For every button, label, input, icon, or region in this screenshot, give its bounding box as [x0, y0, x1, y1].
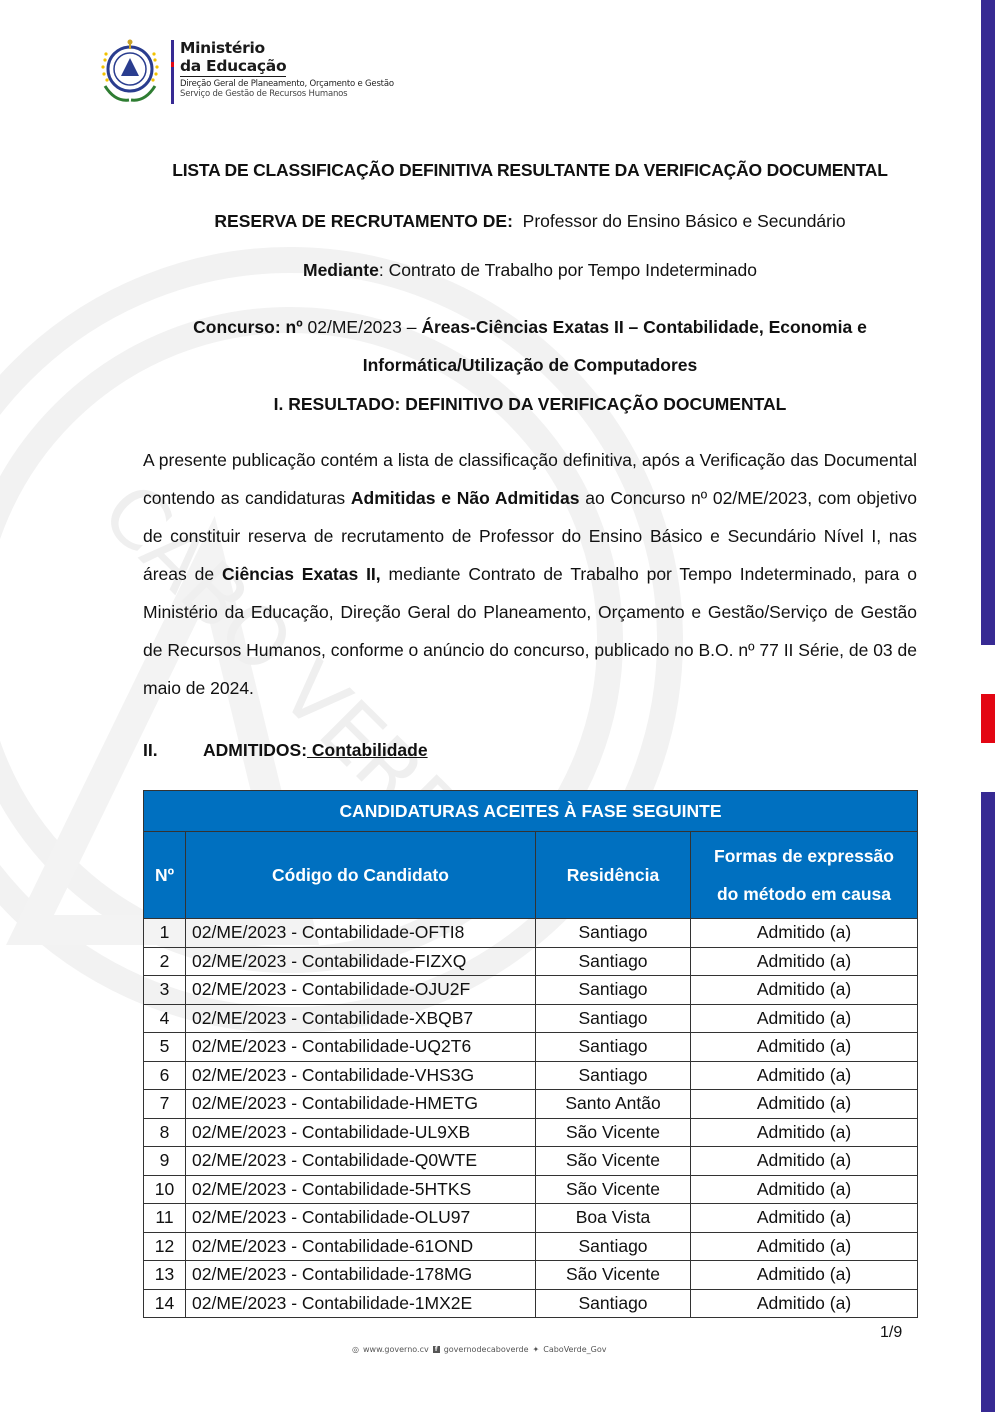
- status: Admitido (a): [691, 1261, 918, 1290]
- status: Admitido (a): [691, 1289, 918, 1318]
- section-2-number: II.: [143, 740, 203, 761]
- residence: Santo Antão: [536, 1090, 691, 1119]
- status: Admitido (a): [691, 1175, 918, 1204]
- edge-bar-blue-bottom: [981, 792, 995, 1412]
- concurso-label: Concurso: nº: [193, 317, 302, 337]
- table-row: 902/ME/2023 - Contabilidade-Q0WTESão Vic…: [144, 1147, 918, 1176]
- admitted-candidates-table: CANDIDATURAS ACEITES À FASE SEGUINTE Nº …: [143, 790, 918, 1318]
- candidate-code: 02/ME/2023 - Contabilidade-UL9XB: [186, 1118, 536, 1147]
- row-number: 5: [144, 1033, 186, 1062]
- section-1-heading: I. RESULTADO: DEFINITIVO DA VERIFICAÇÃO …: [143, 394, 917, 415]
- candidate-code: 02/ME/2023 - Contabilidade-Q0WTE: [186, 1147, 536, 1176]
- residence: Santiago: [536, 976, 691, 1005]
- section-2-label: ADMITIDOS:: [203, 740, 307, 760]
- service-name: Serviço de Gestão de Recursos Humanos: [180, 89, 394, 99]
- candidate-code: 02/ME/2023 - Contabilidade-OLU97: [186, 1204, 536, 1233]
- table-row: 502/ME/2023 - Contabilidade-UQ2T6Santiag…: [144, 1033, 918, 1062]
- table-row: 602/ME/2023 - Contabilidade-VHS3GSantiag…: [144, 1061, 918, 1090]
- table-row: 1002/ME/2023 - Contabilidade-5HTKSSão Vi…: [144, 1175, 918, 1204]
- row-number: 8: [144, 1118, 186, 1147]
- paragraph-text-3: mediante Contrato de Trabalho por Tempo …: [143, 564, 917, 698]
- table-row: 1302/ME/2023 - Contabilidade-178MGSão Vi…: [144, 1261, 918, 1290]
- column-header-residence: Residência: [536, 832, 691, 919]
- row-number: 7: [144, 1090, 186, 1119]
- mediante-line: Mediante: Contrato de Trabalho por Tempo…: [143, 260, 917, 281]
- status: Admitido (a): [691, 976, 918, 1005]
- edge-bar-blue-top: [981, 0, 995, 645]
- status: Admitido (a): [691, 1090, 918, 1119]
- concurso-areas-line1: Áreas-Ciências Exatas II – Contabilidade…: [421, 317, 866, 337]
- status: Admitido (a): [691, 1147, 918, 1176]
- candidate-code: 02/ME/2023 - Contabilidade-FIZXQ: [186, 947, 536, 976]
- table-row: 1202/ME/2023 - Contabilidade-61ONDSantia…: [144, 1232, 918, 1261]
- residence: São Vicente: [536, 1175, 691, 1204]
- status: Admitido (a): [691, 1118, 918, 1147]
- table-row: 102/ME/2023 - Contabilidade-OFTI8Santiag…: [144, 919, 918, 948]
- residence: São Vicente: [536, 1261, 691, 1290]
- status: Admitido (a): [691, 1004, 918, 1033]
- mediante-label: Mediante: [303, 260, 379, 280]
- residence: Santiago: [536, 1061, 691, 1090]
- header-divider: [171, 40, 174, 104]
- row-number: 10: [144, 1175, 186, 1204]
- status: Admitido (a): [691, 919, 918, 948]
- row-number: 2: [144, 947, 186, 976]
- globe-icon: ◎: [352, 1345, 359, 1354]
- candidate-code: 02/ME/2023 - Contabilidade-178MG: [186, 1261, 536, 1290]
- footer-facebook[interactable]: governodecaboverde: [444, 1345, 529, 1354]
- paragraph-bold-1: Admitidas e Não Admitidas: [351, 488, 580, 508]
- candidate-code: 02/ME/2023 - Contabilidade-61OND: [186, 1232, 536, 1261]
- status: Admitido (a): [691, 947, 918, 976]
- table-row: 802/ME/2023 - Contabilidade-UL9XBSão Vic…: [144, 1118, 918, 1147]
- concurso-line: Concurso: nº 02/ME/2023 – Áreas-Ciências…: [143, 308, 917, 384]
- reserva-label: RESERVA DE RECRUTAMENTO DE: [214, 211, 507, 231]
- footer-website[interactable]: www.governo.cv: [363, 1345, 429, 1354]
- twitter-icon: ✦: [533, 1345, 540, 1354]
- row-number: 9: [144, 1147, 186, 1176]
- table-row: 1402/ME/2023 - Contabilidade-1MX2ESantia…: [144, 1289, 918, 1318]
- candidate-code: 02/ME/2023 - Contabilidade-XBQB7: [186, 1004, 536, 1033]
- candidate-code: 02/ME/2023 - Contabilidade-UQ2T6: [186, 1033, 536, 1062]
- row-number: 14: [144, 1289, 186, 1318]
- status: Admitido (a): [691, 1204, 918, 1233]
- residence: Santiago: [536, 947, 691, 976]
- coat-of-arms-icon: [97, 36, 163, 106]
- ministry-name-line1: Ministério: [180, 39, 394, 57]
- reserva-line: RESERVA DE RECRUTAMENTO DE: Professor do…: [143, 211, 917, 232]
- concurso-number: 02/ME/2023: [308, 317, 402, 337]
- status: Admitido (a): [691, 1033, 918, 1062]
- residence: Santiago: [536, 1004, 691, 1033]
- intro-paragraph: A presente publicação contém a lista de …: [143, 441, 917, 707]
- table-row: 702/ME/2023 - Contabilidade-HMETGSanto A…: [144, 1090, 918, 1119]
- row-number: 11: [144, 1204, 186, 1233]
- row-number: 13: [144, 1261, 186, 1290]
- row-number: 6: [144, 1061, 186, 1090]
- residence: Santiago: [536, 1289, 691, 1318]
- residence: São Vicente: [536, 1147, 691, 1176]
- paragraph-bold-2: Ciências Exatas II,: [222, 564, 381, 584]
- table-row: 302/ME/2023 - Contabilidade-OJU2FSantiag…: [144, 976, 918, 1005]
- residence: Boa Vista: [536, 1204, 691, 1233]
- concurso-areas-line2: Informática/Utilização de Computadores: [363, 355, 698, 375]
- status: Admitido (a): [691, 1232, 918, 1261]
- letterhead: Ministério da Educação Direção Geral de …: [97, 36, 394, 106]
- reserva-value: Professor do Ensino Básico e Secundário: [523, 211, 846, 231]
- row-number: 12: [144, 1232, 186, 1261]
- candidate-code: 02/ME/2023 - Contabilidade-HMETG: [186, 1090, 536, 1119]
- candidate-code: 02/ME/2023 - Contabilidade-5HTKS: [186, 1175, 536, 1204]
- column-header-number: Nº: [144, 832, 186, 919]
- edge-bar-red: [981, 694, 995, 743]
- document-title: LISTA DE CLASSIFICAÇÃO DEFINITIVA RESULT…: [143, 160, 917, 181]
- section-2-area: Contabilidade: [307, 740, 428, 760]
- column-header-code: Código do Candidato: [186, 832, 536, 919]
- table-banner: CANDIDATURAS ACEITES À FASE SEGUINTE: [144, 791, 918, 832]
- footer-twitter[interactable]: CaboVerde_Gov: [543, 1345, 606, 1354]
- residence: Santiago: [536, 1232, 691, 1261]
- status: Admitido (a): [691, 1061, 918, 1090]
- table-row: 202/ME/2023 - Contabilidade-FIZXQSantiag…: [144, 947, 918, 976]
- directorate-name: Direção Geral de Planeamento, Orçamento …: [180, 79, 394, 89]
- facebook-icon: f: [433, 1346, 440, 1353]
- mediante-value: Contrato de Trabalho por Tempo Indetermi…: [389, 260, 757, 280]
- candidate-code: 02/ME/2023 - Contabilidade-1MX2E: [186, 1289, 536, 1318]
- row-number: 1: [144, 919, 186, 948]
- residence: Santiago: [536, 919, 691, 948]
- page-number: 1/9: [880, 1324, 902, 1342]
- candidate-code: 02/ME/2023 - Contabilidade-OJU2F: [186, 976, 536, 1005]
- table-row: 402/ME/2023 - Contabilidade-XBQB7Santiag…: [144, 1004, 918, 1033]
- row-number: 4: [144, 1004, 186, 1033]
- concurso-dash: –: [407, 317, 417, 337]
- candidate-code: 02/ME/2023 - Contabilidade-VHS3G: [186, 1061, 536, 1090]
- residence: Santiago: [536, 1033, 691, 1062]
- candidate-code: 02/ME/2023 - Contabilidade-OFTI8: [186, 919, 536, 948]
- residence: São Vicente: [536, 1118, 691, 1147]
- section-2-heading: II.ADMITIDOS: Contabilidade: [143, 740, 428, 761]
- ministry-name-line2: da Educação: [180, 57, 286, 77]
- column-header-status: Formas de expressãodo método em causa: [691, 832, 918, 919]
- row-number: 3: [144, 976, 186, 1005]
- table-row: 1102/ME/2023 - Contabilidade-OLU97Boa Vi…: [144, 1204, 918, 1233]
- footer: ◎ www.governo.cv f governodecaboverde ✦ …: [352, 1345, 606, 1354]
